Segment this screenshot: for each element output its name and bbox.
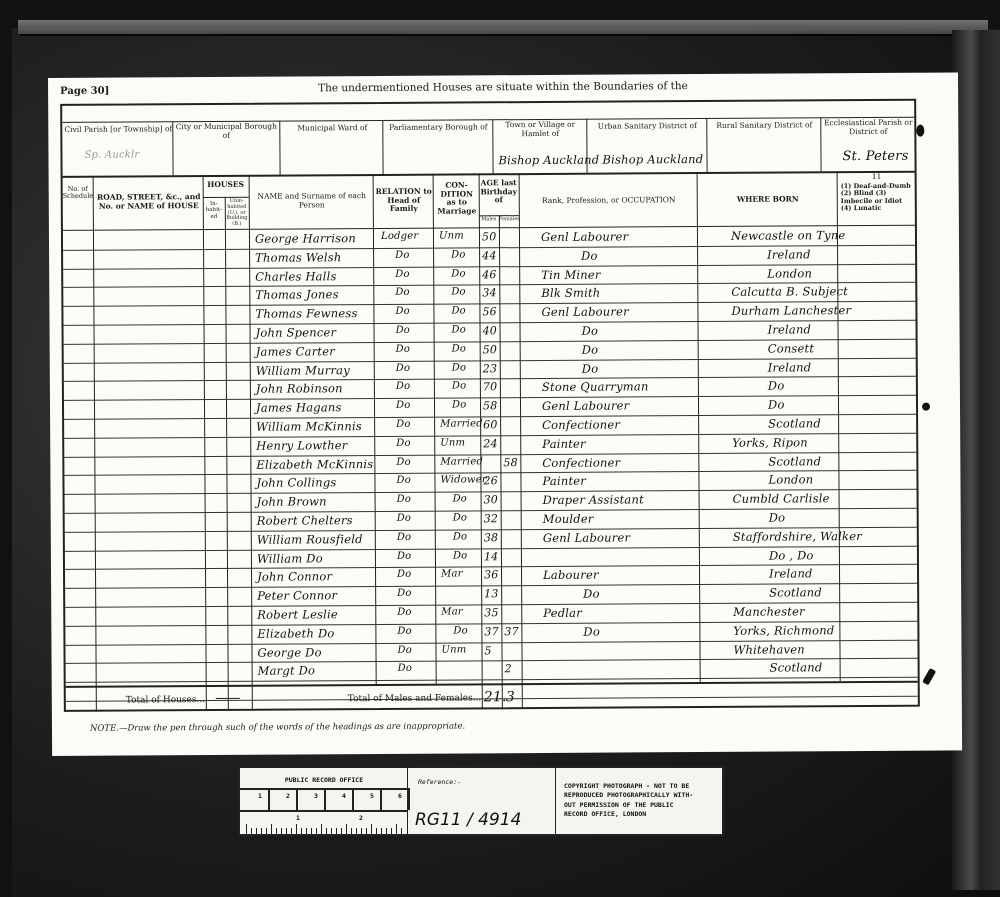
table-row: Robert LeslieDoMar35PedlarManchester	[62, 101, 914, 106]
occupation: Draper Assistant	[543, 493, 644, 508]
col-occupation: Rank, Profession, or OCCUPATION	[521, 196, 697, 206]
relation: Do	[396, 438, 411, 449]
occupation: Do	[582, 324, 599, 338]
table-row: John SpencerDoDo40DoIreland	[62, 101, 914, 106]
male-age: 50	[483, 343, 497, 356]
person-name: William Rousfield	[257, 532, 363, 547]
person-name: Thomas Welsh	[255, 250, 341, 265]
col-infirmity-number: 11	[839, 173, 915, 182]
table-row: Charles HallsDoDo46Tin MinerLondon	[62, 101, 914, 106]
relation: Do	[396, 419, 411, 430]
relation: Do	[396, 400, 411, 411]
total-persons-label: Total of Males and Females...	[348, 693, 482, 704]
census-sheet: Page 30] The undermentioned Houses are s…	[48, 72, 962, 756]
male-age: 24	[483, 437, 497, 450]
film-edge-strip	[18, 20, 988, 34]
relation: Do	[396, 344, 411, 355]
person-name: Margt Do	[258, 664, 316, 678]
urban-sanitary-label: Urban Sanitary District of	[588, 122, 706, 131]
where-born: Ireland	[768, 360, 812, 374]
copyright-notice: COPYRIGHT PHOTOGRAPH - NOT TO BE REPRODU…	[564, 782, 693, 820]
where-born: Do	[768, 379, 785, 393]
person-name: William Murray	[256, 363, 350, 378]
boundaries-title: The undermentioned Houses are situate wi…	[318, 80, 688, 94]
relation: Do	[396, 381, 411, 392]
male-age: 38	[484, 531, 498, 544]
film-edge-line	[20, 34, 980, 36]
table-row: Thomas FewnessDoDo56Genl LabourerDurham …	[62, 101, 914, 106]
male-age: 58	[483, 399, 497, 412]
condition: Widower	[440, 475, 486, 486]
occupation: Labourer	[543, 568, 599, 582]
male-age: 70	[483, 381, 497, 394]
relation: Do	[395, 250, 410, 261]
scale-number: 6	[398, 792, 402, 800]
occupation: Pedlar	[543, 606, 582, 620]
table-row: John RobinsonDoDo70Stone QuarrymanDo	[62, 101, 914, 106]
col-uninhabited: Unin-habited (U.), or Building (B.)	[225, 199, 249, 228]
person-name: John Spencer	[256, 325, 337, 339]
col-infirmity: (1) Deaf-and-Dumb (2) Blind (3) Imbecile…	[841, 183, 915, 213]
where-born: Ireland	[768, 322, 812, 336]
person-name: Thomas Fewness	[255, 306, 357, 321]
male-age: 5	[484, 644, 491, 657]
person-name: Charles Halls	[255, 269, 336, 283]
condition: Do	[453, 531, 468, 542]
occupation: Painter	[542, 437, 586, 451]
where-born: Scotland	[768, 454, 821, 468]
person-name: Henry Lowther	[256, 438, 347, 453]
table-row: William RousfieldDoDo38Genl LabourerStaf…	[62, 101, 914, 106]
where-born: Ireland	[767, 247, 811, 261]
col-males: Males	[479, 217, 499, 223]
relation: Do	[397, 626, 412, 637]
male-age: 36	[484, 569, 498, 582]
rural-sanitary-label: Rural Sanitary District of	[708, 121, 820, 130]
table-row: Margt DoDo2Scotland	[62, 101, 914, 106]
condition: Do	[453, 625, 468, 636]
person-name: John Collings	[256, 476, 336, 490]
total-houses-label: Total of Houses...	[126, 695, 205, 705]
male-age: 14	[484, 550, 498, 563]
relation: Do	[396, 362, 411, 373]
census-table: Civil Parish [or Township] of Sp. Aucklr…	[60, 99, 920, 712]
occupation: Confectioner	[542, 455, 620, 469]
male-age: 23	[483, 362, 497, 375]
occupation: Do	[583, 587, 600, 601]
condition: Do	[451, 249, 466, 260]
where-born: Whitehaven	[733, 642, 804, 656]
table-row: George DoDoUnm5Whitehaven	[62, 101, 914, 106]
male-age: 32	[484, 512, 498, 525]
male-age: 34	[482, 287, 496, 300]
occupation: Moulder	[543, 512, 594, 526]
condition: Do	[452, 400, 467, 411]
condition: Do	[452, 343, 467, 354]
table-row: Peter ConnorDo13DoScotland	[62, 101, 914, 106]
relation: Do	[397, 569, 412, 580]
male-age: 46	[482, 268, 496, 281]
condition: Do	[453, 550, 468, 561]
where-born: London	[767, 266, 812, 280]
condition: Married	[440, 418, 483, 429]
male-age: 13	[484, 587, 498, 600]
table-row: John BrownDoDo30Draper AssistantCumbld C…	[62, 101, 914, 106]
ecclesiastical-label: Ecclesiastical Parish or District of	[822, 119, 914, 137]
where-born: London	[768, 473, 813, 487]
civil-parish-value: Sp. Aucklr	[84, 149, 139, 160]
table-row: William MurrayDoDo23DoIreland	[62, 101, 914, 106]
person-name: William Do	[257, 551, 323, 565]
occupation: Do	[583, 624, 600, 638]
occupation: Blk Smith	[541, 286, 600, 300]
condition: Do	[451, 287, 466, 298]
occupation: Tin Miner	[541, 267, 600, 281]
person-name: George Harrison	[255, 231, 356, 246]
person-name: Robert Chelters	[257, 513, 353, 528]
person-name: Thomas Jones	[255, 288, 338, 303]
scale-number: 4	[342, 792, 346, 800]
municipal-ward-label: Municipal Ward of	[282, 124, 382, 133]
male-age: 37	[484, 625, 498, 638]
civil-parish-label: Civil Parish [or Township] of	[64, 125, 172, 134]
film-speck	[916, 125, 924, 137]
occupation: Do	[582, 361, 599, 375]
ruler-mark: 2	[359, 814, 363, 822]
occupation: Genl Labourer	[541, 305, 628, 320]
person-name: Robert Leslie	[257, 607, 338, 621]
relation: Do	[395, 287, 410, 298]
relation: Do	[395, 268, 410, 279]
occupation: Genl Labourer	[542, 399, 629, 414]
reference-label: Reference:-	[418, 778, 461, 786]
table-row: Robert CheltersDoDo32MoulderDo	[62, 101, 914, 106]
ruler-mark: 1	[296, 814, 300, 822]
where-born: Cumbld Carlisle	[733, 491, 830, 506]
city-label: City or Municipal Borough of	[174, 123, 278, 141]
where-born: Scotland	[769, 585, 822, 599]
male-age: 44	[482, 249, 496, 262]
col-condition: CON-DITION as to Marriage	[435, 181, 479, 216]
where-born: Scotland	[768, 416, 821, 430]
relation: Do	[397, 607, 412, 618]
relation: Do	[397, 513, 412, 524]
table-row: Thomas WelshDoDo44DoIreland	[62, 101, 914, 106]
where-born: Yorks, Richmond	[733, 623, 834, 638]
col-inhabited: In-habit-ed	[203, 201, 225, 220]
male-age: 30	[484, 493, 498, 506]
person-name: John Connor	[257, 570, 332, 584]
person-name: Peter Connor	[257, 588, 337, 602]
male-age: 35	[484, 606, 498, 619]
total-females: 3	[506, 689, 515, 705]
table-row: Elizabeth DoDoDo3737DoYorks, Richmond	[62, 101, 914, 106]
occupation: Do	[582, 342, 599, 356]
condition: Do	[451, 268, 466, 279]
condition: Do	[453, 494, 468, 505]
female-age: 58	[503, 456, 517, 469]
where-born: Durham Lanchester	[731, 303, 851, 318]
male-age: 40	[483, 324, 497, 337]
male-age: 26	[483, 475, 497, 488]
table-row: William DoDoDo14Do , Do	[62, 101, 914, 106]
condition: Unm	[440, 437, 465, 448]
col-relation: RELATION to Head of Family	[375, 188, 433, 214]
table-row: Elizabeth McKinnisDoMarried58Confectione…	[62, 101, 914, 106]
relation: Do	[396, 475, 411, 486]
occupation: Genl Labourer	[541, 229, 628, 244]
condition: Unm	[441, 644, 466, 655]
col-age: AGE last Birthday of	[479, 179, 519, 205]
occupation: Confectioner	[542, 418, 620, 432]
condition: Do	[453, 512, 468, 523]
relation: Do	[398, 663, 413, 674]
condition: Do	[451, 306, 466, 317]
table-row: Thomas JonesDoDo34Blk SmithCalcutta B. S…	[62, 101, 914, 106]
page-number: Page 30]	[60, 86, 109, 97]
person-name: James Hagans	[256, 400, 342, 415]
scale-number: 3	[314, 792, 318, 800]
person-name: James Carter	[256, 344, 335, 358]
film-speck	[922, 668, 936, 685]
occupation: Stone Quarryman	[542, 380, 649, 395]
relation: Do	[396, 456, 411, 467]
parliamentary-borough-label: Parliamentary Borough of	[384, 123, 492, 132]
where-born: Ireland	[769, 567, 813, 581]
heading-note: NOTE.—Draw the pen through such of the w…	[90, 721, 465, 733]
person-name: Elizabeth Do	[257, 626, 334, 640]
person-name: John Robinson	[256, 382, 343, 397]
urban-sanitary-value: Bishop Auckland	[602, 152, 703, 167]
where-born: Do	[769, 511, 786, 525]
relation: Lodger	[381, 231, 418, 242]
scale-number: 1	[258, 792, 262, 800]
film-speck	[922, 403, 930, 411]
condition: Do	[452, 362, 467, 373]
table-row: George HarrisonLodgerUnm50Genl LabourerN…	[62, 101, 914, 106]
col-road: ROAD, STREET, &c., and No. or NAME of HO…	[95, 193, 203, 211]
table-row: John CollingsDoWidower26PainterLondon	[62, 101, 914, 106]
town-label: Town or Village or Hamlet of	[494, 121, 586, 139]
relation: Do	[397, 588, 412, 599]
scale-number: 2	[286, 792, 290, 800]
male-age: 56	[482, 305, 496, 318]
condition: Do	[452, 381, 467, 392]
where-born: Calcutta B. Subject	[731, 285, 848, 300]
where-born: Staffordshire, Walker	[733, 529, 862, 544]
col-schedule: No. of Schedule	[63, 186, 93, 201]
table-row: James CarterDoDo50DoConsett	[62, 101, 914, 106]
relation: Do	[397, 532, 412, 543]
where-born: Manchester	[733, 604, 805, 618]
town-value: Bishop Auckland	[498, 153, 599, 168]
where-born: Scotland	[770, 661, 823, 675]
total-males: 21.	[484, 689, 507, 705]
table-row: Henry LowtherDoUnm24PainterYorks, Ripon	[62, 101, 914, 106]
condition: Mar	[441, 606, 463, 617]
table-row: William McKinnisDoMarried60ConfectionerS…	[62, 101, 914, 106]
pro-title: PUBLIC RECORD OFFICE	[240, 776, 408, 784]
relation: Do	[397, 644, 412, 655]
condition: Do	[452, 324, 467, 335]
col-name: NAME and Surname of each Person	[251, 192, 373, 210]
condition: Mar	[441, 569, 463, 580]
relation: Do	[396, 325, 411, 336]
relation: Do	[397, 494, 412, 505]
relation: Do	[395, 306, 410, 317]
condition: Unm	[439, 230, 464, 241]
census-rows: George HarrisonLodgerUnm50Genl LabourerN…	[62, 101, 914, 106]
where-born: Newcastle on Tyne	[731, 228, 846, 243]
condition: Married	[440, 456, 483, 467]
col-where-born: WHERE BORN	[699, 195, 837, 204]
female-age: 37	[504, 625, 518, 638]
where-born: Do , Do	[769, 548, 814, 562]
col-females: Females	[499, 217, 519, 223]
where-born: Yorks, Ripon	[732, 435, 808, 449]
relation: Do	[397, 550, 412, 561]
person-name: Elizabeth McKinnis	[256, 457, 373, 472]
col-houses: HOUSES	[203, 181, 249, 190]
public-record-office-label: PUBLIC RECORD OFFICE 123456 12 Reference…	[238, 766, 724, 836]
occupation: Painter	[542, 474, 586, 488]
female-age: 2	[505, 663, 512, 676]
where-born: Consett	[768, 341, 815, 355]
person-name: William McKinnis	[256, 419, 362, 434]
person-name: George Do	[257, 645, 321, 659]
ecclesiastical-value: St. Peters	[842, 149, 908, 164]
person-name: John Brown	[257, 494, 327, 508]
table-row: John ConnorDoMar36LabourerIreland	[62, 101, 914, 106]
scale-number: 5	[370, 792, 374, 800]
occupation: Do	[581, 248, 598, 262]
where-born: Do	[768, 398, 785, 412]
occupation: Genl Labourer	[543, 530, 630, 545]
reference-value: RG11 / 4914	[415, 810, 521, 830]
table-row: James HagansDoDo58Genl LabourerDo	[62, 101, 914, 106]
male-age: 50	[482, 230, 496, 243]
male-age: 60	[483, 418, 497, 431]
